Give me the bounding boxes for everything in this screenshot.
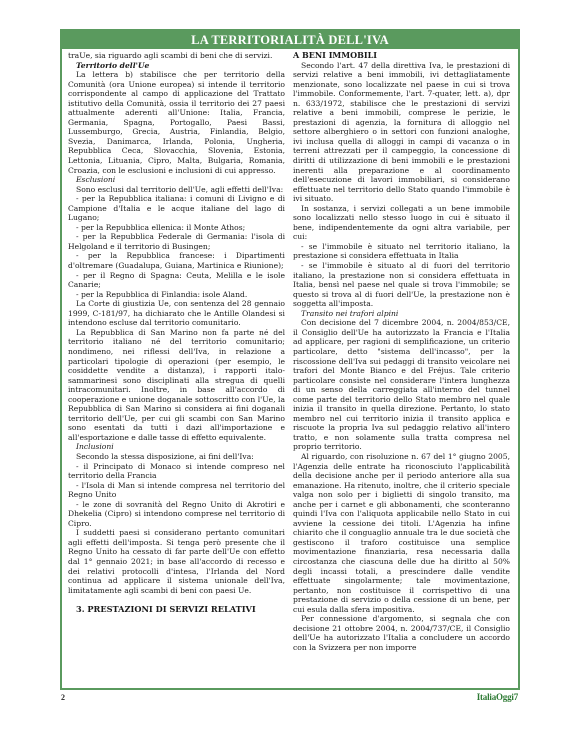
left-column: traUe, sia riguardo agli scambi di beni … xyxy=(68,51,285,652)
subheading-esclusioni: Esclusioni xyxy=(68,175,285,185)
paragraph: Con decisione del 7 dicembre 2004, n. 20… xyxy=(293,318,510,452)
paragraph: I suddetti paesi si considerano pertanto… xyxy=(68,528,285,595)
list-item: - se l'immobile è situato al di fuori de… xyxy=(293,261,510,309)
page-number: 2 xyxy=(61,693,65,702)
list-item: - se l'immobile è situato nel territorio… xyxy=(293,242,510,261)
paragraph: La Repubblica di San Marino non fa parte… xyxy=(68,328,285,443)
subheading-territorio: Territorio dell'Ue xyxy=(68,61,285,71)
paragraph: Per connessione d'argomento, si segnala … xyxy=(293,614,510,652)
subheading-transito: Transito nei trafori alpini xyxy=(293,309,510,319)
list-item: - per la Repubblica di Finlandia: isole … xyxy=(68,290,285,300)
section-heading-3: 3. PRESTAZIONI DI SERVIZI RELATIVI xyxy=(68,605,285,615)
publication-logo: ItaliaOggi7 xyxy=(477,692,518,702)
paragraph: traUe, sia riguardo agli scambi di beni … xyxy=(68,51,285,61)
paragraph: Sono esclusi dal territorio dell'Ue, agl… xyxy=(68,185,285,195)
paragraph: La Corte di giustizia Ue, con sentenza d… xyxy=(68,299,285,328)
paragraph: Secondo l'art. 47 della direttiva Iva, l… xyxy=(293,61,510,204)
list-item: - per la Repubblica italiana: i comuni d… xyxy=(68,194,285,223)
paragraph: Al riguardo, con risoluzione n. 67 del 1… xyxy=(293,452,510,614)
section-heading-continued: A BENI IMMOBILI xyxy=(293,51,510,61)
article-banner-title: LA TERRITORIALITÀ DELL'IVA xyxy=(62,31,518,49)
article-columns: traUe, sia riguardo agli scambi di beni … xyxy=(62,49,518,652)
list-item: - per la Repubblica ellenica: il Monte A… xyxy=(68,223,285,233)
paragraph: In sostanza, i servizi collegati a un be… xyxy=(293,204,510,242)
list-item: - per la Repubblica Federale di Germania… xyxy=(68,232,285,251)
list-item: - per il Regno di Spagna: Ceuta, Melilla… xyxy=(68,271,285,290)
subheading-inclusioni: Inclusioni xyxy=(68,442,285,452)
article-box: LA TERRITORIALITÀ DELL'IVA traUe, sia ri… xyxy=(60,29,520,690)
paragraph: La lettera b) stabilisce che per territo… xyxy=(68,70,285,175)
list-item: - il Principato di Monaco si intende com… xyxy=(68,462,285,481)
list-item: - le zone di sovranità del Regno Unito d… xyxy=(68,500,285,529)
list-item: - l'Isola di Man si intende compresa nel… xyxy=(68,481,285,500)
right-column: A BENI IMMOBILI Secondo l'art. 47 della … xyxy=(293,51,510,652)
paragraph: Secondo la stessa disposizione, ai fini … xyxy=(68,452,285,462)
list-item: - per la Repubblica francese: i Dipartim… xyxy=(68,251,285,270)
